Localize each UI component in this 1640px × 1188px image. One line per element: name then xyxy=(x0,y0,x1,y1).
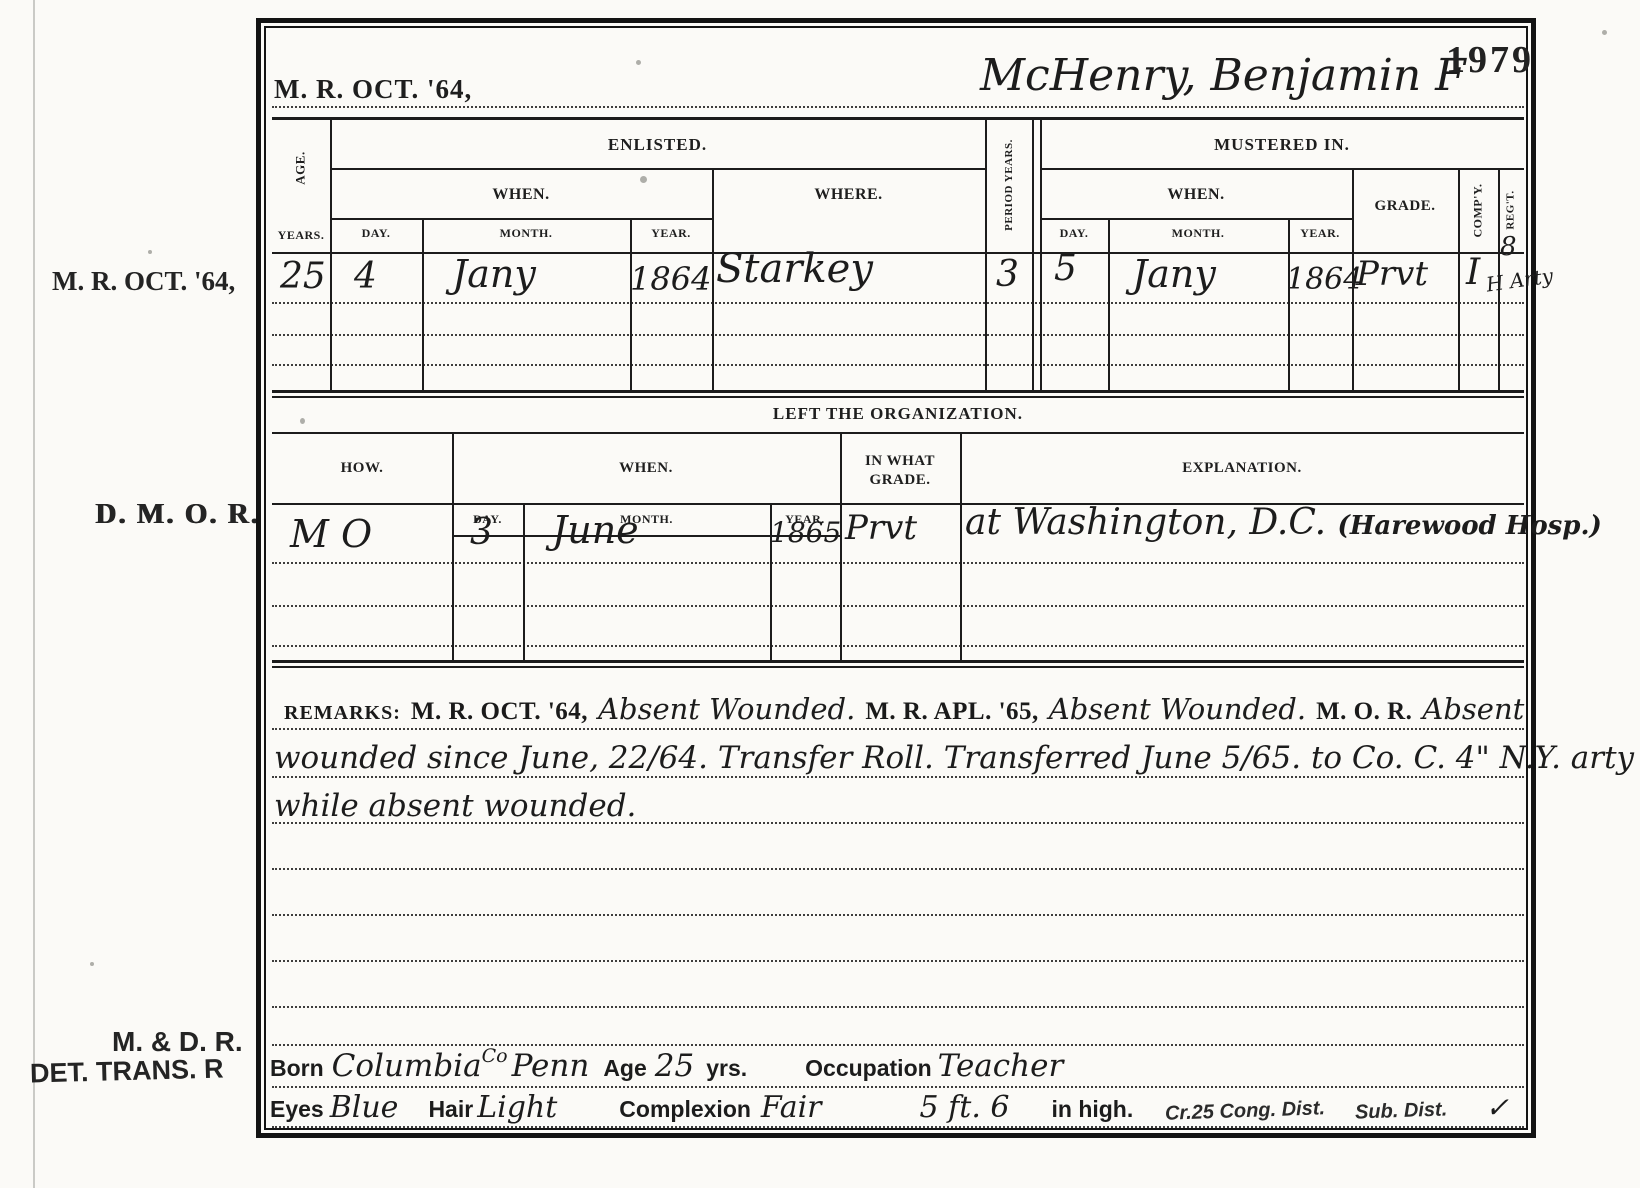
remarks-stamp: M. R. APL. '65, xyxy=(865,698,1038,726)
scan-speck xyxy=(148,250,152,254)
enlisted-where-value: Starkey xyxy=(716,246,873,292)
remarks-line-1: REMARKS: M. R. OCT. '64, Absent Wounded.… xyxy=(284,692,1524,726)
occupation-value: Teacher xyxy=(938,1048,1064,1084)
column-line xyxy=(422,218,424,393)
period-years-value: 3 xyxy=(996,254,1019,295)
enlisted-where-label: WHERE. xyxy=(712,186,985,204)
rule-line xyxy=(272,117,1524,120)
age-value: 25 xyxy=(655,1048,694,1084)
writing-line xyxy=(272,364,1524,366)
cong-dist-stamp: Cr.25 Cong. Dist. xyxy=(1165,1097,1326,1126)
grade-label: GRADE. xyxy=(1352,198,1458,215)
born-label: Born xyxy=(270,1055,324,1082)
hair-value: Light xyxy=(477,1090,557,1125)
mustered-day-value: 5 xyxy=(1054,248,1077,289)
height-value: 5 ft. 6 xyxy=(920,1090,1010,1125)
explanation-value: at Washington, D.C. (Harewood Hosp.) xyxy=(965,502,1602,543)
period-years-label: PERIOD YEARS. xyxy=(1003,139,1015,231)
born-county-sup: Co xyxy=(482,1045,508,1067)
column-line xyxy=(1288,218,1290,393)
rule-line xyxy=(330,168,985,170)
left-grade-value: Prvt xyxy=(845,508,917,548)
how-value: M O xyxy=(290,512,372,556)
explanation-text: at Washington, D.C. xyxy=(965,502,1326,543)
age-label: AGE. xyxy=(293,151,309,184)
rule-line xyxy=(272,660,1524,663)
age-label: Age xyxy=(603,1055,646,1082)
column-line xyxy=(630,218,632,393)
age-value: 25 xyxy=(280,256,326,297)
how-label: HOW. xyxy=(272,460,452,477)
born-place-value: Columbia xyxy=(332,1048,482,1084)
mustered-month-label: MONTH. xyxy=(1108,226,1288,241)
mustered-when-label: WHEN. xyxy=(1040,186,1352,204)
writing-line xyxy=(272,1086,1524,1088)
regiment-label: REG'T. xyxy=(1505,190,1517,229)
writing-line xyxy=(272,776,1524,778)
margin-stamp-muster-roll: M. R. OCT. '64, xyxy=(52,266,235,297)
left-year-value: 1865 xyxy=(770,516,841,549)
remarks-stamp: M. O. R. xyxy=(1316,698,1412,726)
complexion-value: Fair xyxy=(761,1090,822,1125)
writing-line xyxy=(272,960,1524,962)
bio-row-description: Eyes Blue Hair Light Complexion Fair 5 f… xyxy=(270,1090,1509,1125)
writing-line xyxy=(272,605,1524,607)
card-number: 1979 xyxy=(1446,38,1534,82)
company-value: I xyxy=(1466,252,1480,293)
hair-label: Hair xyxy=(428,1096,473,1123)
header-rule xyxy=(272,106,1524,108)
eyes-value: Blue xyxy=(330,1090,399,1125)
mustered-in-title: MUSTERED IN. xyxy=(1040,135,1524,155)
grade-value: Prvt xyxy=(1356,254,1428,294)
complexion-label: Complexion xyxy=(619,1096,751,1123)
years-label: YEARS. xyxy=(272,228,330,243)
remarks-label: REMARKS: xyxy=(284,702,401,725)
yrs-label: yrs. xyxy=(706,1055,747,1082)
enlisted-year-label: YEAR. xyxy=(630,226,712,241)
rule-line xyxy=(272,396,1524,398)
scan-edge-line xyxy=(33,0,35,1188)
remarks-stamp: M. R. OCT. '64, xyxy=(411,698,588,726)
check-mark: ✓ xyxy=(1486,1091,1509,1124)
left-month-value: June xyxy=(552,508,639,552)
remarks-handwriting: Absent Wounded. xyxy=(598,692,855,726)
age-column-header: AGE. xyxy=(272,117,330,218)
writing-line xyxy=(272,868,1524,870)
writing-line xyxy=(272,1006,1524,1008)
eyes-label: Eyes xyxy=(270,1096,324,1123)
enlisted-when-label: WHEN. xyxy=(330,186,712,204)
rule-line xyxy=(1040,168,1524,170)
scan-speck xyxy=(90,962,94,966)
remarks-line-3: while absent wounded. xyxy=(274,788,636,824)
regiment-number-value: 8 xyxy=(1500,232,1517,262)
rule-line xyxy=(272,432,1524,434)
rule-line xyxy=(1040,218,1352,220)
period-years-header: PERIOD YEARS. xyxy=(985,117,1032,252)
left-when-label: WHEN. xyxy=(452,460,840,477)
mustered-month-value: Jany xyxy=(1132,252,1216,296)
writing-line xyxy=(272,562,1524,564)
enlisted-month-value: Jany xyxy=(452,252,536,296)
bio-row-born: Born Columbia Co Penn Age 25 yrs. Occupa… xyxy=(270,1048,1063,1084)
remarks-handwriting: Absent Wounded. xyxy=(1049,692,1306,726)
writing-line xyxy=(272,302,1524,304)
in-what-grade-label: IN WHAT GRADE. xyxy=(840,452,960,490)
rule-line xyxy=(330,218,712,220)
enlisted-day-label: DAY. xyxy=(330,226,422,241)
rule-line xyxy=(272,666,1524,668)
enlisted-month-label: MONTH. xyxy=(422,226,630,241)
enlisted-title: ENLISTED. xyxy=(330,135,985,155)
writing-line xyxy=(272,914,1524,916)
scan-speck xyxy=(1602,30,1607,35)
mustered-day-label: DAY. xyxy=(1040,226,1108,241)
sub-dist-stamp: Sub. Dist. xyxy=(1355,1098,1448,1124)
column-line xyxy=(1108,218,1110,393)
company-label: COMP'Y. xyxy=(1471,183,1486,237)
explanation-label: EXPLANATION. xyxy=(960,460,1524,477)
column-line xyxy=(1040,117,1042,393)
writing-line xyxy=(272,1126,1524,1128)
writing-line xyxy=(272,1044,1524,1046)
soldier-name: McHenry, Benjamin F xyxy=(980,50,1466,101)
column-line xyxy=(1032,117,1034,393)
enlisted-year-value: 1864 xyxy=(630,260,711,298)
margin-stamp-det-trans: DET. TRANS. R xyxy=(30,1053,224,1089)
born-state-value: Penn xyxy=(512,1048,590,1084)
margin-stamp-dmor: D. M. O. R. xyxy=(95,498,260,531)
enlisted-day-value: 4 xyxy=(354,256,377,297)
remarks-line-2: wounded since June, 22/64. Transfer Roll… xyxy=(274,740,1634,776)
header-roll-label: M. R. OCT. '64, xyxy=(274,74,472,105)
writing-line xyxy=(272,728,1524,730)
mustered-year-label: YEAR. xyxy=(1288,226,1352,241)
explanation-note: (Harewood Hosp.) xyxy=(1338,511,1602,541)
muster-roll-card-scan: M. R. OCT. '64, D. M. O. R. M. & D. R. D… xyxy=(0,0,1640,1188)
writing-line xyxy=(272,334,1524,336)
rule-line xyxy=(272,390,1524,393)
left-org-title: LEFT THE ORGANIZATION. xyxy=(272,404,1524,424)
column-line xyxy=(330,117,332,393)
remarks-handwriting: Absent xyxy=(1422,692,1524,726)
mustered-year-value: 1864 xyxy=(1286,262,1362,297)
left-day-value: 3 xyxy=(470,512,493,553)
height-in-high-label: in high. xyxy=(1051,1096,1133,1123)
writing-line xyxy=(272,645,1524,647)
company-header: COMP'Y. xyxy=(1458,168,1498,252)
occupation-label: Occupation xyxy=(805,1055,932,1082)
writing-line xyxy=(272,822,1524,824)
